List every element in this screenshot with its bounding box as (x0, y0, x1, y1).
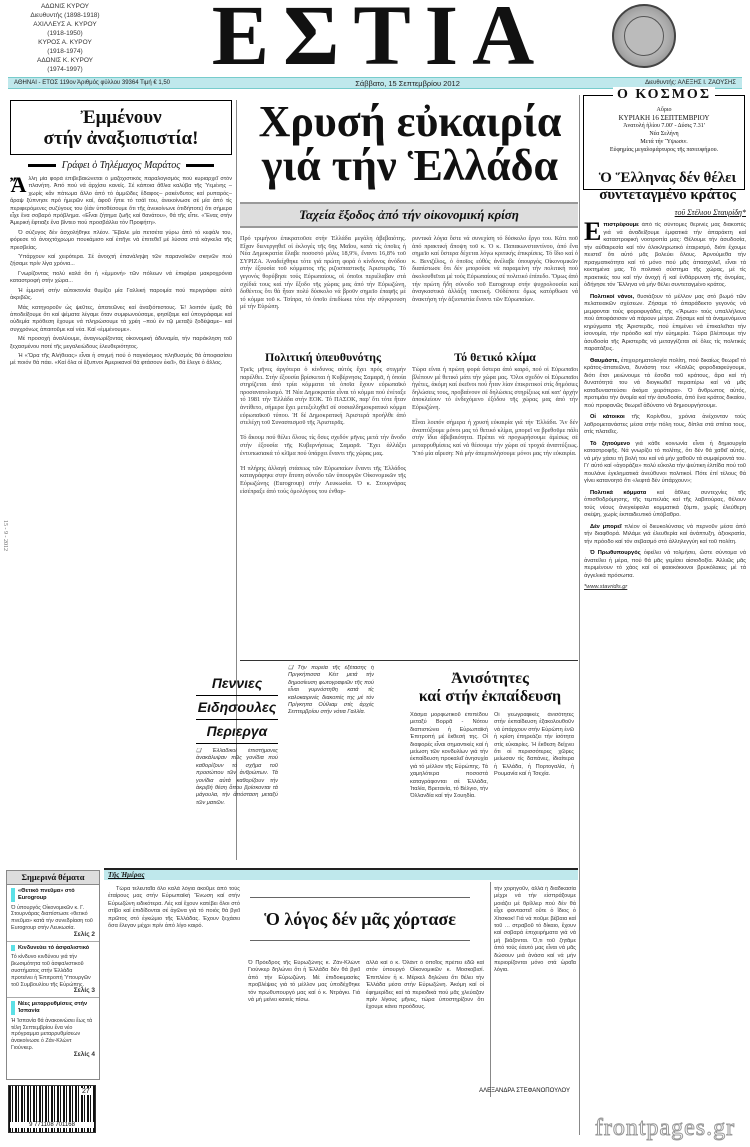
seal-emblem-icon (612, 4, 676, 68)
issue-date: Σάββατο, 15 Σεπτεμβρίου 2012 (355, 78, 460, 88)
founder-years: Διευθυντής (1898-1918) (10, 11, 120, 20)
opinion-footnote[interactable]: *www.stavridis.gr (584, 584, 746, 592)
title-line: Ἐμμένουν (11, 107, 231, 128)
founder-name: ΑΧΙΛΛΕΥΣ Α. ΚΥΡΟΥ (10, 20, 120, 29)
tis-imeras-col1: Τώρα τελευταῖα ὅλο καλά λόγια ἀκοῦμε ἀπό… (108, 886, 240, 1086)
founders-list: ΑΔΩΝΙΣ ΚΥΡΟΥ Διευθυντής (1898-1918) ΑΧΙΛ… (10, 2, 120, 74)
paragraph: Γνωρίζοντας πολύ καλά ὅτι ἡ «ἐμμονή» τῶν… (10, 271, 232, 286)
headline-line: συντεταγμένο κράτος (585, 187, 750, 204)
tis-imeras-col3: ἀλλά καί ὁ κ. Ὀλάντ ὁ ὁποῖος πρέπει ἐδῶ … (366, 960, 484, 1088)
main-subheadline: Ταχεία ἔξοδος ἀπό τήν οἰκονομική κρίση (240, 202, 578, 228)
main-intro-col2: ρυντικά λόγια ὅστε νά συνεχίση τό δύσκολ… (412, 235, 578, 345)
opinion-byline: τοῦ Στέλιου Σταυρίδη* (610, 208, 746, 217)
headline-line: Χρυσή εὐκαιρία (250, 100, 570, 144)
issue-number: 27 (80, 1088, 92, 1095)
headline-line: καί στήν ἐκπαίδευση (410, 688, 570, 706)
page-ref: Σελίς 3 (11, 988, 95, 995)
topic-item[interactable]: Κινδυνεύει τό ἀσφαλιστικό Τό κίνδυνο κιν… (7, 942, 99, 999)
topic-heading: Κινδυνεύει τό ἀσφαλιστικό (11, 945, 95, 952)
lead-text: Οἱ κάτοικοι (590, 414, 625, 420)
gossip-title-line: Περιεργα (196, 720, 278, 744)
lead-text: Πολιτικοί νάνοι, (590, 294, 634, 300)
left-article-title[interactable]: Ἐμμένουν στήν ἀναξιοπιστία! (10, 100, 232, 155)
page-ref: Σελίς 2 (11, 932, 95, 939)
barcode-number: 9 771108 701168 (10, 1122, 94, 1128)
inequality-headline[interactable]: Ἀνισότητες καί στήν ἐκπαίδευση (410, 670, 570, 706)
lead-text: Τό ζητούμενο (590, 441, 630, 447)
paragraph: Μάς κατηγοροῦν ὡς ψεῦτες, ἀπατεῶνες καί … (10, 305, 232, 335)
dropcap: Ε (584, 222, 601, 242)
side-date: 15 - 9 - 2012 (0, 520, 8, 600)
issue-info: ΑΘΗΝΑΙ - ΕΤΟΣ 119ον Άριθμός φύλλου 39364… (14, 78, 170, 88)
watermark: frontpages.gr (580, 1115, 750, 1142)
today-topics-box: Σημερινά θέματα «Θετικό πνεῦμα» στό Euro… (6, 870, 100, 1080)
topic-text: Τό κίνδυνο κινδύνου γιά τήν βιωσιμότητα … (11, 954, 95, 988)
title-line: στήν ἀναξιοπιστία! (11, 128, 231, 149)
tis-imeras-col2: Ὁ Πρόεδρος τῆς Εὐρωζώνης κ. Ζάν-Κλώντ Γι… (248, 960, 360, 1088)
kosmos-line: ΚΥΡΙΑΚΗ 16 ΣΕΠΤΕΜΒΡΙΟΥ (584, 114, 744, 122)
kosmos-line: Μετά τήν Ὕψωσιν. (584, 138, 744, 146)
tis-imeras-col4: τήν χορηγοῦν, ἀλλά ἡ διαδικασία μέχρι νά… (494, 886, 576, 1082)
founder-name: ΚΥΡΟΣ Α. ΚΥΡΟΥ (10, 38, 120, 47)
checkbox-bullet-icon: ❑ (196, 748, 212, 754)
topic-heading: Νέες μεταρρυθμίσεις στήν Ἰσπανία (11, 1001, 95, 1015)
headline-line: γιά τήν Ἑλλάδα (250, 144, 570, 188)
founder-years: (1974-1997) (10, 65, 120, 74)
opinion-headline[interactable]: Ὁ Ἕλληνας δέν θέλει συντεταγμένο κράτος (585, 170, 750, 204)
paragraph: Ἡ ἐμμονή στήν αὐτοκτονία θυμίζει μία Γαλ… (10, 288, 232, 303)
founder-name: ΑΔΩΝΙΣ Κ. ΚΥΡΟΥ (10, 56, 120, 65)
lead-text: πιστρέφουμε (603, 222, 638, 228)
section2-body: Τώρα εἶναι ἡ πρώτη φορά ὕστερα ἀπό καιρό… (412, 366, 578, 656)
paragraph: Ὑπάρχουν καί χειρότερα. Σέ ἀνοιχτή ἐπανά… (10, 254, 232, 269)
sidebox-title: Σημερινά θέματα (7, 871, 99, 885)
main-intro-col1: Πρό τριμήνου ἐπικρατοῦσε στήν Ἑλλάδα μεγ… (240, 235, 406, 345)
paragraph: ἀπό τίς σύντομες θερινές μας διακοπές γι… (584, 222, 746, 288)
paragraph: Ἡ «Ὥρα τῆς Ἀλήθειας» εἶναι ἡ στιγμή πού … (10, 353, 232, 368)
kosmos-title: Ο ΚΟΣΜΟΣ (613, 87, 715, 103)
inequality-col1: Χάσμα μορφωτικοῦ ἐπιπέδου μεταξύ Βορρᾶ -… (410, 712, 488, 862)
tis-imeras-headline[interactable]: Ὁ λόγος δέν μᾶς χόρτασε (250, 897, 470, 941)
gossip-title-line: Ειδησουλες (196, 696, 278, 720)
left-article-byline: Γράφει ὁ Τηλέμαχος Μαράτος (10, 160, 232, 171)
topic-text: Ὁ ὑπουργός Οἰκονομικῶν κ. Γ. Στουρνάρας … (11, 905, 95, 932)
opinion-body: Επιστρέφουμε ἀπό τίς σύντομες θερινές μα… (584, 222, 746, 1112)
gossip-text: Τήν πορεία τῆς ἐξέτασης ἡ Πριγκήπισσα Κέ… (288, 665, 374, 715)
topic-text: Ἡ Ἰσπανία θά ἀνακοινώσει ἕως τά τέλη Σεπ… (11, 1018, 95, 1052)
section1-body: Τρεῖς μῆνες ἀργότερα ὁ κίνδυνος αὐτός ἔχ… (240, 366, 406, 656)
paragraph: Ὁ σύζυγος δέν ἀσχολήθηκε πλέον. Ἔβαλε μί… (10, 230, 232, 252)
paragraph: λλη μία φορά ἐπιβεβαιώνεται ὁ μαζοχιστικ… (10, 176, 232, 226)
paragraph: θυσιάζουν τό μέλλον μας στό βωμό τῶν πελ… (584, 294, 746, 353)
kosmos-line: Εὐφημίας μεγαλομάρτυρος τῆς πανευφήμου. (584, 146, 744, 154)
page-ref: Σελίς 4 (11, 1052, 95, 1059)
kosmos-line: Αὔριο (584, 106, 744, 114)
inequality-col2: Οἱ γεωγραφικές ἀνισότητες στήν ἐκπαίδευσ… (494, 712, 574, 862)
founder-name: ΑΔΩΝΙΣ ΚΥΡΟΥ (10, 2, 120, 11)
gossip-title-line: Πεννιες (196, 672, 278, 696)
gossip-item: ❑ Τήν πορεία τῆς ἐξέτασης ἡ Πριγκήπισσα … (288, 665, 374, 860)
checkbox-bullet-icon: ❑ (288, 665, 297, 671)
section-heading: Τό θετικό κλίμα (412, 350, 578, 365)
paragraph: γιά κάθε κοινωνία εἶναι ἡ δημιουργία κατ… (584, 441, 746, 485)
kosmos-line: Ἀνατολή ἡλίου 7.00' - Δύσις 7.31' (584, 122, 744, 130)
lead-text: Δέν μπορεῖ (590, 524, 622, 530)
lead-text: Ὁ Πρωθυπουργός (590, 550, 641, 556)
gossip-box-title[interactable]: Πεννιες Ειδησουλες Περιεργα (196, 672, 278, 744)
headline-line: Ὁ Ἕλληνας δέν θέλει (585, 170, 750, 187)
headline-line: Ἀνισότητες (410, 670, 570, 688)
topic-item[interactable]: Νέες μεταρρυθμίσεις στήν Ἰσπανία Ἡ Ἰσπαν… (7, 998, 99, 1060)
newspaper-title: ΕΣΤΙΑ (190, 0, 570, 78)
lead-text: Θαυμάστε, (590, 358, 619, 364)
tis-imeras-author: ΑΛΕΞΑΝΔΡΑ ΣΤΕΦΑΝΟΠΟΥΛΟΥ (400, 1088, 570, 1094)
gossip-item: ❑ Ἐλλαδικοί ἐπιστήμονες ἀνακάλυψαν πῶς γ… (196, 748, 278, 860)
lead-text: Πολιτικά κόμματα (590, 490, 646, 496)
dropcap: Ἄ (10, 176, 26, 194)
main-headline[interactable]: Χρυσή εὐκαιρία γιά τήν Ἑλλάδα (250, 100, 570, 188)
kosmos-line: Νέα Σελήνη (584, 130, 744, 138)
gossip-text: Ἐλλαδικοί ἐπιστήμονες ἀνακάλυψαν πῶς γον… (196, 748, 278, 806)
paragraph: Μέ προσοχή ἀναλύουμε, ἀναγνωρίζοντας οἰκ… (10, 336, 232, 351)
tis-imeras-bar: Τῆς Ἡμέρας (104, 868, 578, 880)
paragraph: ἐπιχειρηματολογία πολίτη, πού δικαίως θε… (584, 358, 746, 409)
topic-heading: «Θετικό πνεῦμα» στό Eurogroup (11, 888, 95, 902)
founder-years: (1918-1950) (10, 29, 120, 38)
founder-years: (1918-1974) (10, 47, 120, 56)
topic-item[interactable]: «Θετικό πνεῦμα» στό Eurogroup Ὁ ὑπουργός… (7, 885, 99, 942)
section-heading: Πολιτική ὑπευθυνότης (240, 350, 406, 365)
